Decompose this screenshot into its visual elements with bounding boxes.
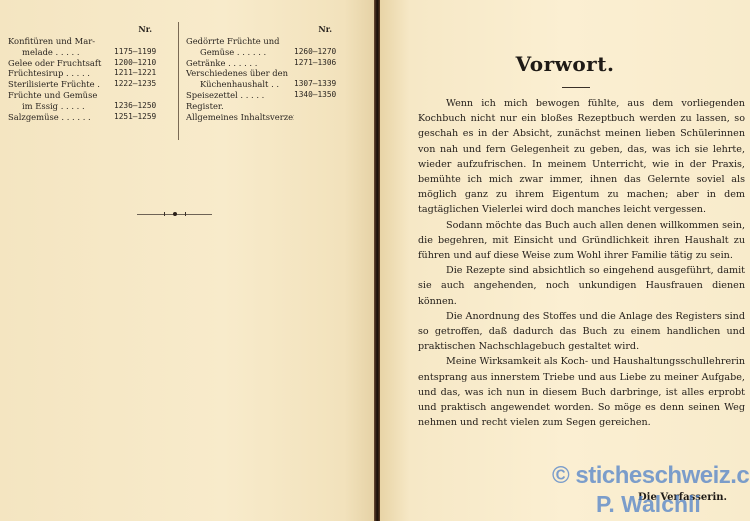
toc-entry-range: [294, 68, 354, 79]
toc-entry: Allgemeines Inhaltsverzeichnis.: [186, 112, 354, 123]
toc-entry: Register.: [186, 101, 354, 112]
toc-entry: Gelee oder Fruchtsaft1200—1210: [8, 58, 174, 69]
toc-entry-title: Speisezettel . . . . .: [186, 90, 294, 101]
toc-entry-title: Verschiedenes über den: [186, 68, 294, 79]
toc-entry: Gedörrte Früchte und: [186, 36, 354, 47]
toc-entry-range: 1340—1350: [294, 90, 354, 101]
toc-entry-range: 1222—1235: [114, 79, 174, 90]
toc-entry-range: [114, 36, 174, 47]
toc-entry-range: 1260—1270: [294, 47, 354, 58]
watermark-line-2: P. Walchli: [596, 491, 701, 518]
toc-column-2: Nr. Gedörrte Früchte undGemüse . . . . .…: [186, 24, 354, 122]
toc-entry: Getränke . . . . . .1271—1306: [186, 58, 354, 69]
foreword-paragraph: Meine Wirksamkeit als Koch- und Haushalt…: [418, 354, 745, 430]
toc-divider: [178, 22, 179, 140]
title-rule: [562, 87, 590, 88]
toc-entry-range: 1307—1339: [294, 79, 354, 90]
toc-entry: Sterilisierte Früchte .1222—1235: [8, 79, 174, 90]
toc-entry-title: Küchenhaushalt . .: [186, 79, 294, 90]
toc-entry-title: Sterilisierte Früchte .: [8, 79, 114, 90]
ornament-divider: [137, 213, 212, 215]
foreword-paragraph: Die Rezepte sind absichtlich so eingehen…: [418, 263, 745, 309]
toc-entry-range: 1200—1210: [114, 58, 174, 69]
page-title: Vorwort.: [380, 52, 750, 76]
foreword-paragraph: Die Anordnung des Stoffes und die Anlage…: [418, 309, 745, 355]
toc-entry: melade . . . . .1175—1199: [8, 47, 174, 58]
toc-entry: Früchtesirup . . . . .1211—1221: [8, 68, 174, 79]
toc-entry-title: Getränke . . . . . .: [186, 58, 294, 69]
toc-entry-title: Register.: [186, 101, 294, 112]
toc-entry: Salzgemüse . . . . . .1251—1259: [8, 112, 174, 123]
toc-entry: Früchte und Gemüse: [8, 90, 174, 101]
toc-entry-range: [294, 101, 354, 112]
toc-entry: Küchenhaushalt . .1307—1339: [186, 79, 354, 90]
foreword-paragraph: Sodann möchte das Buch auch allen denen …: [418, 218, 745, 264]
toc-entry-range: 1251—1259: [114, 112, 174, 123]
toc-entry-range: 1211—1221: [114, 68, 174, 79]
toc-entry-title: im Essig . . . . .: [8, 101, 114, 112]
toc-entry: im Essig . . . . .1236—1250: [8, 101, 174, 112]
toc-entry-title: Gedörrte Früchte und: [186, 36, 294, 47]
toc-entry-title: Konfitüren und Mar-: [8, 36, 114, 47]
watermark-line-1: © sticheschweiz.ch: [552, 462, 750, 490]
toc-entry-title: melade . . . . .: [8, 47, 114, 58]
toc-entry-title: Früchte und Gemüse: [8, 90, 114, 101]
foreword-body: Wenn ich mich bewogen fühlte, aus dem vo…: [418, 96, 745, 430]
toc-header: Nr.: [186, 24, 354, 36]
toc-entry: Verschiedenes über den: [186, 68, 354, 79]
toc-header: Nr.: [8, 24, 174, 36]
toc-entry-title: Salzgemüse . . . . . .: [8, 112, 114, 123]
toc-entry-title: Allgemeines Inhaltsverzeichnis.: [186, 112, 294, 123]
toc-entry-range: 1175—1199: [114, 47, 174, 58]
toc-column-1: Nr. Konfitüren und Mar-melade . . . . .1…: [8, 24, 174, 122]
toc-entry: Speisezettel . . . . .1340—1350: [186, 90, 354, 101]
toc-entry-range: 1236—1250: [114, 101, 174, 112]
toc-entry-title: Früchtesirup . . . . .: [8, 68, 114, 79]
foreword-paragraph: Wenn ich mich bewogen fühlte, aus dem vo…: [418, 96, 745, 218]
toc-entry-range: [294, 112, 354, 123]
toc-entry-title: Gelee oder Fruchtsaft: [8, 58, 114, 69]
toc-entry-range: [294, 36, 354, 47]
toc-entry-range: [114, 90, 174, 101]
toc-entry-title: Gemüse . . . . . .: [186, 47, 294, 58]
toc-entry: Gemüse . . . . . .1260—1270: [186, 47, 354, 58]
toc-entry: Konfitüren und Mar-: [8, 36, 174, 47]
toc-entry-range: 1271—1306: [294, 58, 354, 69]
